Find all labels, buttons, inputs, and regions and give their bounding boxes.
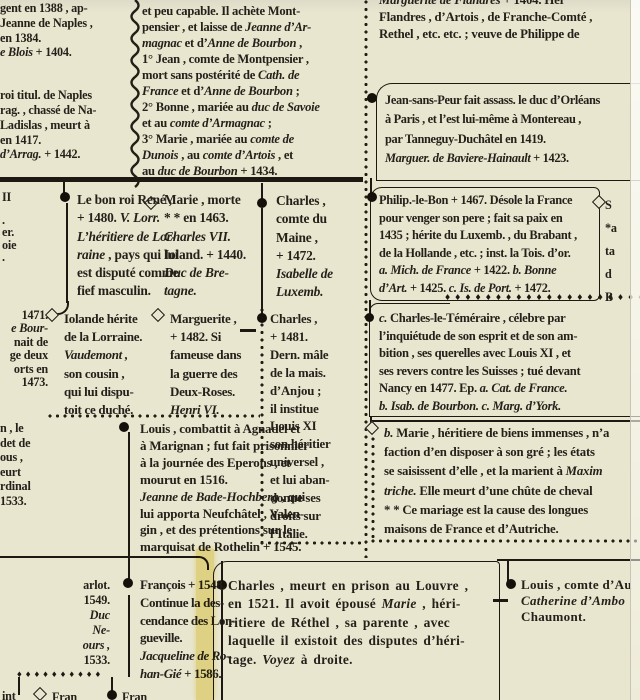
person-node-icon bbox=[123, 578, 133, 588]
cell-philip-le-bon: Philip.-le-Bon + 1467. Désole la Francep… bbox=[379, 192, 599, 298]
cell-flandres-heiress: Marguerite de Flandres + 1404. HérFlandr… bbox=[379, 0, 640, 43]
b-marie-box-bottom-dotted bbox=[371, 539, 640, 543]
cell-louis-1516: Louis , combattit à Agnadel età Marignan… bbox=[140, 421, 362, 556]
bottom-edge-fragment: int bbox=[2, 689, 16, 700]
connector-line bbox=[18, 677, 20, 695]
connector-line bbox=[128, 432, 130, 580]
cell-row3-left-fragments: 1471.e Bour-nait dege deuxorts en1473. bbox=[0, 309, 48, 389]
louis-chaumont-rule bbox=[497, 559, 640, 561]
cell-marguerite-anjou: Marguerite ,+ 1482. Sifameuse dansla gue… bbox=[170, 310, 258, 419]
connector-line bbox=[66, 203, 68, 303]
genealogy-document-page: ♦♦♦♦♦♦♦♦♦♦♦♦♦♦♦♦♦♦♦♦♦♦♦♦ ♦♦♦♦♦♦♦♦♦♦ gent… bbox=[0, 0, 640, 700]
b-marie-box-top bbox=[370, 420, 640, 422]
connector-line bbox=[128, 595, 130, 677]
cell-jean-sans-peur: Jean-sans-Peur fait assass. le duc d’Orl… bbox=[385, 91, 640, 169]
cell-b-marie: b. Marie , héritiere de biens immenses ,… bbox=[384, 424, 640, 539]
person-node-icon bbox=[257, 313, 267, 323]
wavy-column-divider bbox=[128, 0, 142, 190]
diamond-dotted-brace: ♦♦♦♦♦♦♦♦♦♦ bbox=[16, 671, 114, 680]
connector-line bbox=[369, 300, 371, 314]
page-edge bbox=[630, 0, 640, 700]
bottom-edge-fragment: Fran bbox=[52, 690, 77, 700]
connector-line bbox=[370, 178, 372, 193]
person-node-icon bbox=[367, 192, 377, 202]
bottom-left-box-top bbox=[0, 556, 209, 570]
person-node-icon bbox=[119, 422, 129, 432]
person-node-icon bbox=[107, 690, 117, 700]
bottom-edge-fragment: Fran bbox=[122, 690, 147, 700]
cell-montpensier: et peu capable. Il achète Mont-pensier ,… bbox=[142, 3, 364, 179]
cell-row2-left-fragments: II.er.oie. bbox=[2, 191, 32, 264]
cell-row4-left-fragments: n , ledet deous ,eurtrdinal1533. bbox=[0, 421, 40, 509]
cell-top-left-fragment: gent en 1388 , ap-Jeanne de Naples ,en 1… bbox=[0, 1, 128, 162]
cell-louis-chaumont: Louis , comte d’AuCatherine d’AmboChaumo… bbox=[521, 577, 640, 625]
person-node-icon bbox=[506, 579, 516, 589]
person-node-icon bbox=[367, 93, 377, 103]
cell-bottom-left-fragments: arlot.1549.DucNe-ours ,1533. bbox=[0, 578, 110, 668]
marriage-diamond-icon bbox=[33, 687, 47, 700]
cell-temeraire: c. Charles-le-Téméraire , célebre parl’i… bbox=[379, 310, 639, 415]
cell-charles-louvre: Charles , meurt en prison au Louvre ,en … bbox=[228, 577, 504, 669]
cell-maine: Charles ,comte duMaine ,+ 1472.Isabelle … bbox=[276, 192, 364, 302]
dotted-column-divider bbox=[364, 0, 368, 558]
cell-marie: Marie , morte* * en 1463.Charles VII.Iol… bbox=[164, 191, 264, 301]
b-marie-box-left-dotted bbox=[371, 422, 375, 540]
cell-iolande: Iolande héritede la Lorraine.Vaudemont ,… bbox=[64, 310, 158, 419]
person-node-icon bbox=[365, 313, 374, 322]
yellow-highlight-stripe bbox=[196, 549, 214, 700]
person-node-icon bbox=[60, 192, 70, 202]
